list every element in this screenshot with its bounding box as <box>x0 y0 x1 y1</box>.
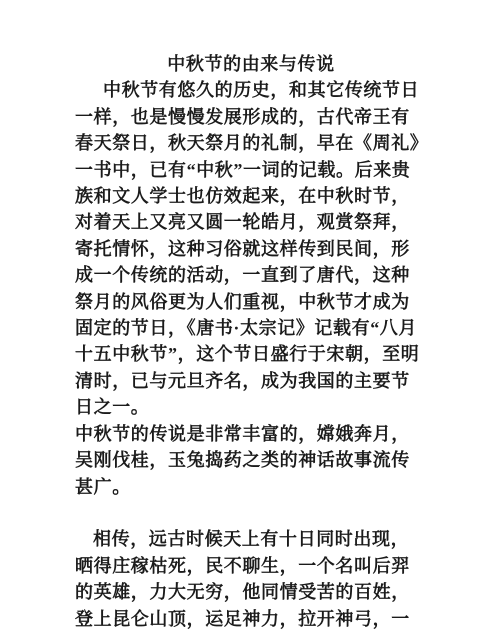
paragraph-festival-legends: 中秋节的传说是非常丰富的，嫦娥奔月，吴刚伐桂，玉兔捣药之类的神话故事流传甚广。 <box>75 421 427 500</box>
paragraph-houyi-legend: 相传，远古时候天上有十日同时出现，晒得庄稼枯死，民不聊生，一个名叫后羿的英雄，力… <box>75 526 427 632</box>
paragraph-festival-history: 中秋节有悠久的历史，和其它传统节日一样，也是慢慢发展形成的，古代帝王有春天祭日，… <box>75 77 427 420</box>
document-title: 中秋节的由来与传说 <box>75 51 427 77</box>
document-page: 中秋节的由来与传说 中秋节有悠久的历史，和其它传统节日一样，也是慢慢发展形成的，… <box>0 0 500 637</box>
